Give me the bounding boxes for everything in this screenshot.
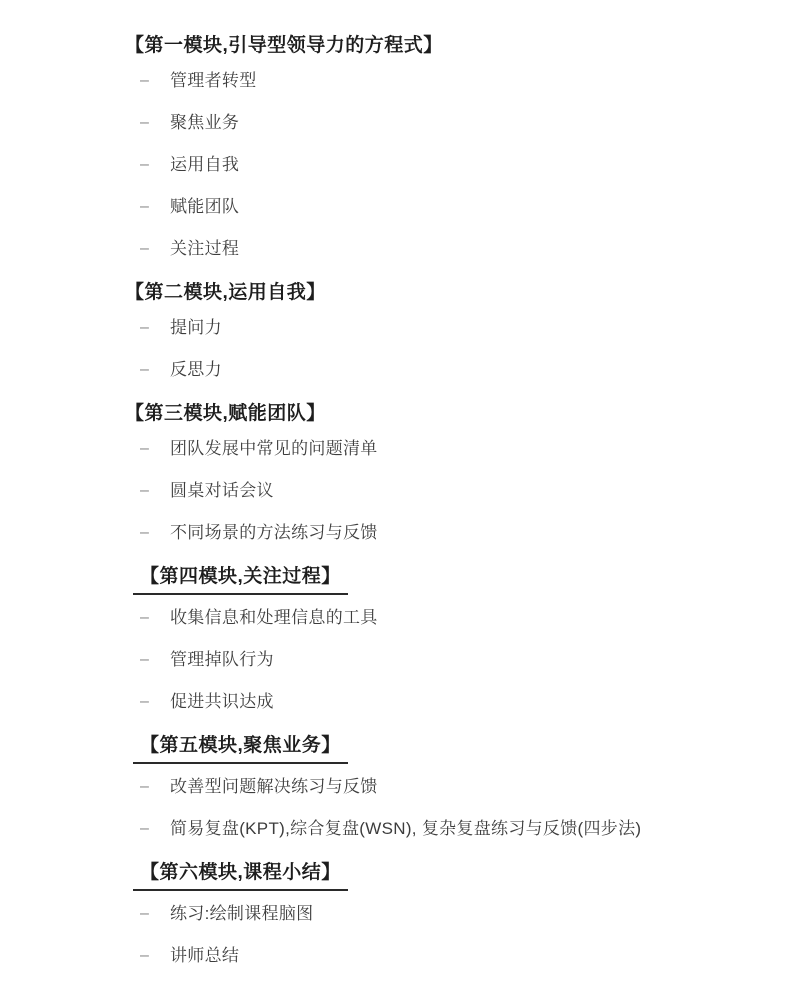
- list-item: – 提问力: [140, 318, 760, 338]
- list-item: – 简易复盘(KPT),综合复盘(WSN), 复杂复盘练习与反馈(四步法): [140, 819, 760, 839]
- list-item-text: 团队发展中常见的问题清单: [170, 439, 760, 459]
- list-item: – 团队发展中常见的问题清单: [140, 439, 760, 459]
- list-item: – 练习:绘制课程脑图: [140, 904, 760, 924]
- module-section: 【第三模块,赋能团队】 – 团队发展中常见的问题清单 – 圆桌对话会议 – 不同…: [125, 402, 760, 543]
- module-heading: 【第二模块,运用自我】: [125, 281, 760, 305]
- dash-marker: –: [140, 71, 170, 91]
- list-item-text: 改善型问题解决练习与反馈: [170, 777, 760, 797]
- list-item-text: 关注过程: [170, 239, 760, 259]
- dash-marker: –: [140, 904, 170, 924]
- module-heading-text: 【第二模块,运用自我】: [125, 282, 326, 303]
- dash-marker: –: [140, 197, 170, 217]
- list-item: – 圆桌对话会议: [140, 481, 760, 501]
- dash-marker: –: [140, 946, 170, 966]
- dash-marker: –: [140, 113, 170, 133]
- list-item: – 运用自我: [140, 155, 760, 175]
- list-item-text: 聚焦业务: [170, 113, 760, 133]
- module-heading: 【第三模块,赋能团队】: [125, 402, 760, 426]
- dash-marker: –: [140, 318, 170, 338]
- dash-marker: –: [140, 155, 170, 175]
- list-item-text: 运用自我: [170, 155, 760, 175]
- module-section: 【第六模块,课程小结】 – 练习:绘制课程脑图 – 讲师总结: [125, 861, 760, 966]
- dash-marker: –: [140, 360, 170, 380]
- module-heading: 【第一模块,引导型领导力的方程式】: [125, 34, 760, 58]
- module-section: 【第五模块,聚焦业务】 – 改善型问题解决练习与反馈 – 简易复盘(KPT),综…: [125, 734, 760, 839]
- module-heading: 【第六模块,课程小结】: [133, 861, 760, 891]
- list-item-text: 练习:绘制课程脑图: [170, 904, 760, 924]
- list-item: – 促进共识达成: [140, 692, 760, 712]
- list-item: – 讲师总结: [140, 946, 760, 966]
- dash-marker: –: [140, 650, 170, 670]
- module-heading: 【第五模块,聚焦业务】: [133, 734, 760, 764]
- list-item-text: 圆桌对话会议: [170, 481, 760, 501]
- list-item-text: 收集信息和处理信息的工具: [170, 608, 760, 628]
- list-item-text: 赋能团队: [170, 197, 760, 217]
- dash-marker: –: [140, 608, 170, 628]
- list-item-text: 促进共识达成: [170, 692, 760, 712]
- list-item: – 关注过程: [140, 239, 760, 259]
- list-item-text: 提问力: [170, 318, 760, 338]
- list-item-text: 管理掉队行为: [170, 650, 760, 670]
- list-item-text: 管理者转型: [170, 71, 760, 91]
- module-heading-text: 【第三模块,赋能团队】: [125, 403, 326, 424]
- document-page: 【第一模块,引导型领导力的方程式】 – 管理者转型 – 聚焦业务 – 运用自我 …: [0, 0, 800, 990]
- module-heading-text: 【第一模块,引导型领导力的方程式】: [125, 35, 443, 56]
- dash-marker: –: [140, 523, 170, 543]
- module-section: 【第一模块,引导型领导力的方程式】 – 管理者转型 – 聚焦业务 – 运用自我 …: [125, 34, 760, 259]
- dash-marker: –: [140, 481, 170, 501]
- list-item: – 管理掉队行为: [140, 650, 760, 670]
- module-heading-text: 【第六模块,课程小结】: [133, 861, 348, 891]
- list-item-text: 不同场景的方法练习与反馈: [170, 523, 760, 543]
- dash-marker: –: [140, 692, 170, 712]
- list-item: – 管理者转型: [140, 71, 760, 91]
- list-item: – 不同场景的方法练习与反馈: [140, 523, 760, 543]
- dash-marker: –: [140, 777, 170, 797]
- list-item-text: 简易复盘(KPT),综合复盘(WSN), 复杂复盘练习与反馈(四步法): [170, 819, 760, 839]
- module-section: 【第四模块,关注过程】 – 收集信息和处理信息的工具 – 管理掉队行为 – 促进…: [125, 565, 760, 712]
- module-heading-text: 【第四模块,关注过程】: [133, 565, 348, 595]
- list-item-text: 讲师总结: [170, 946, 760, 966]
- list-item: – 收集信息和处理信息的工具: [140, 608, 760, 628]
- module-section: 【第二模块,运用自我】 – 提问力 – 反思力: [125, 281, 760, 380]
- dash-marker: –: [140, 819, 170, 839]
- dash-marker: –: [140, 439, 170, 459]
- module-heading-text: 【第五模块,聚焦业务】: [133, 734, 348, 764]
- list-item-text: 反思力: [170, 360, 760, 380]
- list-item: – 聚焦业务: [140, 113, 760, 133]
- module-heading: 【第四模块,关注过程】: [133, 565, 760, 595]
- list-item: – 改善型问题解决练习与反馈: [140, 777, 760, 797]
- list-item: – 赋能团队: [140, 197, 760, 217]
- dash-marker: –: [140, 239, 170, 259]
- list-item: – 反思力: [140, 360, 760, 380]
